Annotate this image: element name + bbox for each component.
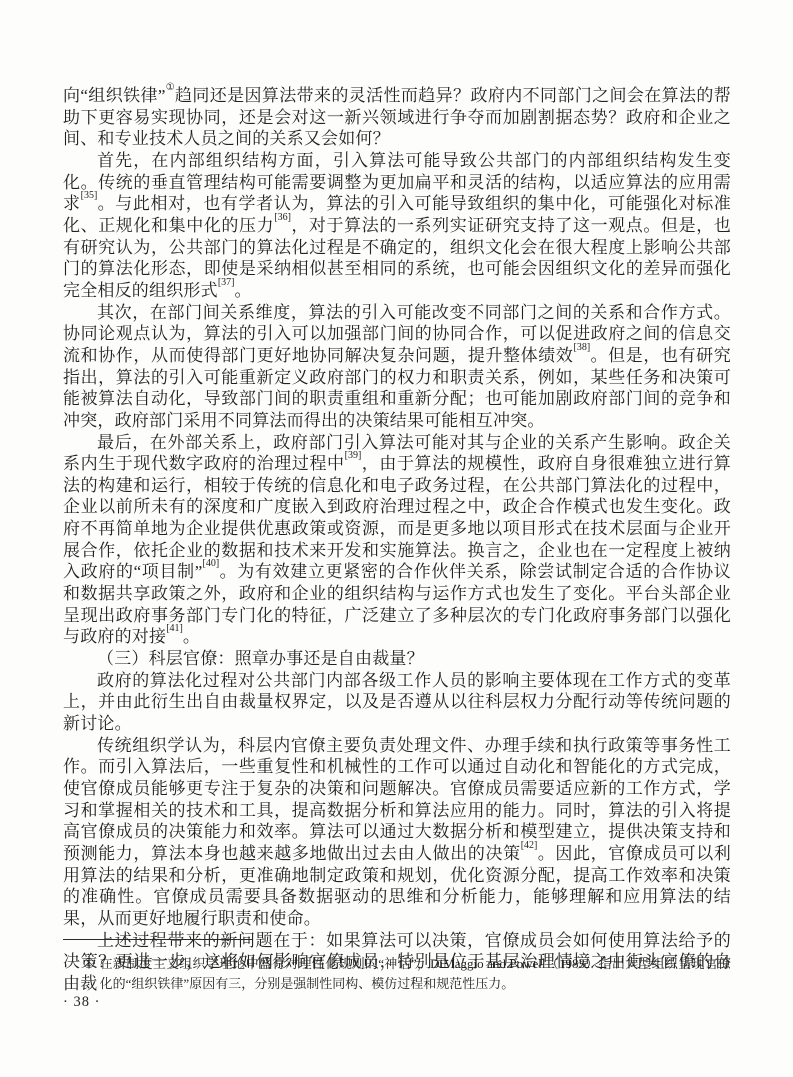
body-text: 向“组织铁律”①趋同还是因算法带来的灵活性而趋异？政府内不同部门之间会在算法的帮… [63,85,731,995]
footnote-text: 在新制度主义组织学理论中盛行对理性化规则的“神话”，DiMaggio and P… [100,954,731,993]
page-number: · 38 · [63,994,100,1011]
footnote-ref: [37] [218,277,235,288]
footnote-divider [63,939,253,940]
footnote-ref: [41] [166,623,183,634]
paragraph-continuation: 向“组织铁律”①趋同还是因算法带来的灵活性而趋异？政府内不同部门之间会在算法的帮… [63,85,731,150]
paper-page: 向“组织铁律”①趋同还是因算法带来的灵活性而趋异？政府内不同部门之间会在算法的帮… [0,0,793,1077]
paragraph-bureaucracy-work: 传统组织学认为，科层内官僚主要负责处理文件、办理手续和执行政策等事务性工作。而引… [63,735,731,930]
paragraph-algorithmization-impact: 政府的算法化过程对公共部门内部各级工作人员的影响主要体现在工作方式的变革上，并由… [63,670,731,735]
footnote-ref: [38] [573,342,590,353]
footnote-ref: [42] [521,840,538,851]
footnote-ref: [35] [81,190,98,201]
footnote-ref: [40] [203,558,220,569]
footnote-ref: [39] [345,450,362,461]
paragraph-external-relations: 最后，在外部关系上，政府部门引入算法可能对其与企业的关系产生影响。政企关系内生于… [63,432,731,649]
section-heading: （三）科层官僚：照章办事还是自由裁量？ [63,648,731,670]
footnote: ① 在新制度主义组织学理论中盛行对理性化规则的“神话”，DiMaggio and… [63,954,731,993]
footnote-ref: ① [166,82,175,93]
footnote-ref: [36] [274,212,291,223]
paragraph-internal-structure: 首先，在内部组织结构方面，引入算法可能导致公共部门的内部组织结构发生变化。传统的… [63,150,731,302]
paragraph-interdepartmental: 其次，在部门间关系维度，算法的引入可能改变不同部门之间的关系和合作方式。协同论观… [63,302,731,432]
footnote-marker: ① [83,954,95,974]
